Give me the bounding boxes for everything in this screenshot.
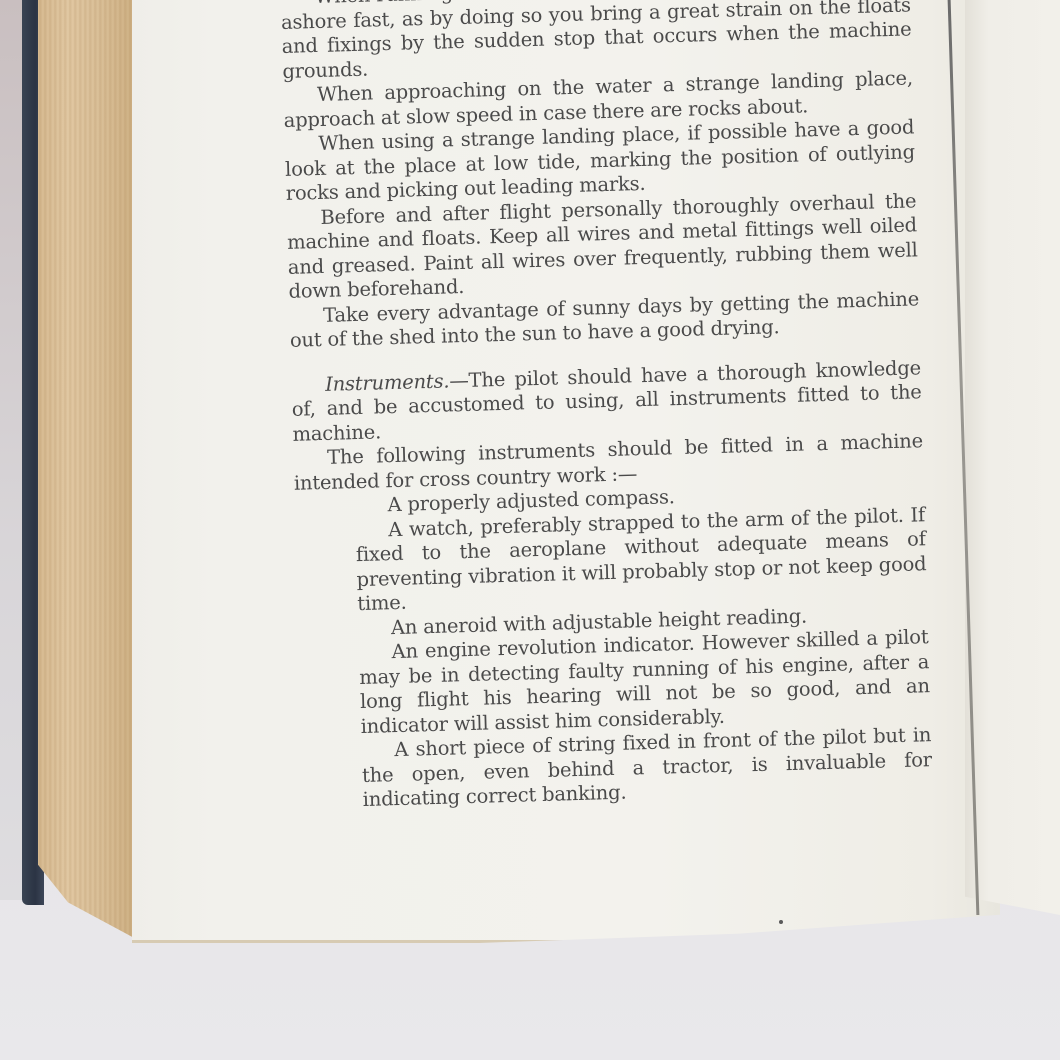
page-text: When running the machine up [partially c…: [280, 0, 933, 814]
list-item-watch: A watch, preferably strapped to the arm …: [355, 503, 928, 617]
page-edges-stack: [38, 0, 138, 940]
section-heading-instruments: Instruments.: [325, 369, 450, 395]
paragraph-overhaul: Before and after flight personally thoro…: [286, 189, 918, 305]
list-item-revolution-indicator: An engine revolution indicator. However …: [358, 625, 931, 739]
facing-page: [965, 0, 1060, 915]
page-speck: [779, 920, 783, 924]
instruments-list: A properly adjusted compass. A watch, pr…: [354, 478, 933, 812]
